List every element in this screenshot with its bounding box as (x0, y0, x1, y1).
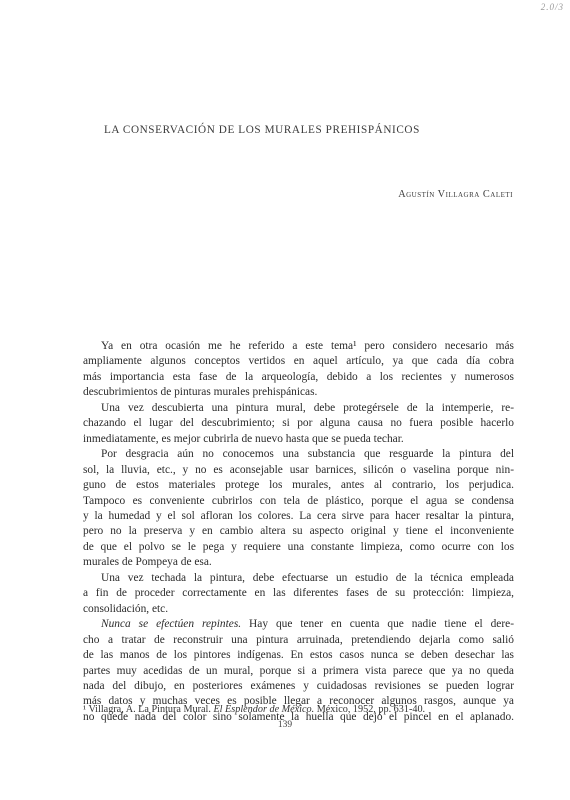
paragraph: Una vez descubierta una pintura mural, d… (83, 401, 514, 447)
text-line: y la humedad y el sol afloran los colore… (83, 509, 514, 524)
article-body: Ya en otra ocasión me he referido a este… (83, 339, 514, 725)
text-line: Una vez descubierta una pintura mural, d… (83, 401, 514, 416)
text-line: de las manos de los pintores indígenas. … (83, 648, 514, 663)
italic-lead: Nunca se efectúen repintes. (101, 618, 241, 630)
corner-annotation: 2.0/3 (541, 2, 564, 12)
text-line: murales de Pompeya de esa. (83, 555, 514, 570)
text-line: Una vez techada la pintura, debe efectua… (83, 571, 514, 586)
text-line: de que el polvo se le pega y requiere un… (83, 540, 514, 555)
text-line: nada del dibujo, en posteriores exámenes… (83, 679, 514, 694)
page-number: 139 (0, 720, 570, 730)
text-line: cho a tratar de reconstruir una pintura … (83, 633, 514, 648)
paragraph: Una vez techada la pintura, debe efectua… (83, 571, 514, 617)
text-line: consolidación, etc. (83, 602, 514, 617)
text-line: Por desgracia aún no conocemos una subst… (83, 447, 514, 462)
text-line: sol, la lluvia, etc., y no es aconsejabl… (83, 463, 514, 478)
text-line: a fin de proceder correctamente en las d… (83, 586, 514, 601)
text-line: más importancia esta fase de la arqueolo… (83, 370, 514, 385)
document-page: 2.0/3 LA CONSERVACIÓN DE LOS MURALES PRE… (0, 0, 570, 800)
text-line: ampliamente algunos conceptos vertidos e… (83, 354, 514, 369)
text-line: inmediatamente, es mejor cubrirla de nue… (83, 432, 514, 447)
paragraph: Por desgracia aún no conocemos una subst… (83, 447, 514, 571)
footnote-marker: ¹ (83, 704, 86, 715)
text-line: partes muy acedidas de un mural, porque … (83, 664, 514, 679)
article-title: LA CONSERVACIÓN DE LOS MURALES PREHISPÁN… (104, 124, 464, 136)
footnote: ¹ Villagra, A. La Pintura Mural. El Espl… (83, 703, 514, 716)
footnote-text-end: México, 1952, pp. 631-40. (317, 704, 425, 715)
text-line: Tampoco es conveniente cubrirlos con tel… (83, 494, 514, 509)
text-line: descubrimientos de pinturas murales preh… (83, 385, 514, 400)
text-line: guno de estos materiales protege los mur… (83, 478, 514, 493)
text-line-rest: Hay que tener en cuenta que nadie tiene … (241, 618, 514, 630)
text-line: chazando el lugar del descubrimiento; si… (83, 416, 514, 431)
footnote-text: Villagra, A. La Pintura Mural. (88, 704, 210, 715)
text-line: Nunca se efectúen repintes. Hay que tene… (83, 617, 514, 632)
footnote-source-title: El Esplendor de México. (213, 704, 314, 715)
text-line: Ya en otra ocasión me he referido a este… (83, 339, 514, 354)
article-author: Agustín Villagra Caleti (0, 189, 513, 200)
paragraph: Ya en otra ocasión me he referido a este… (83, 339, 514, 401)
text-line: pero no la preserva y en cambio altera s… (83, 524, 514, 539)
